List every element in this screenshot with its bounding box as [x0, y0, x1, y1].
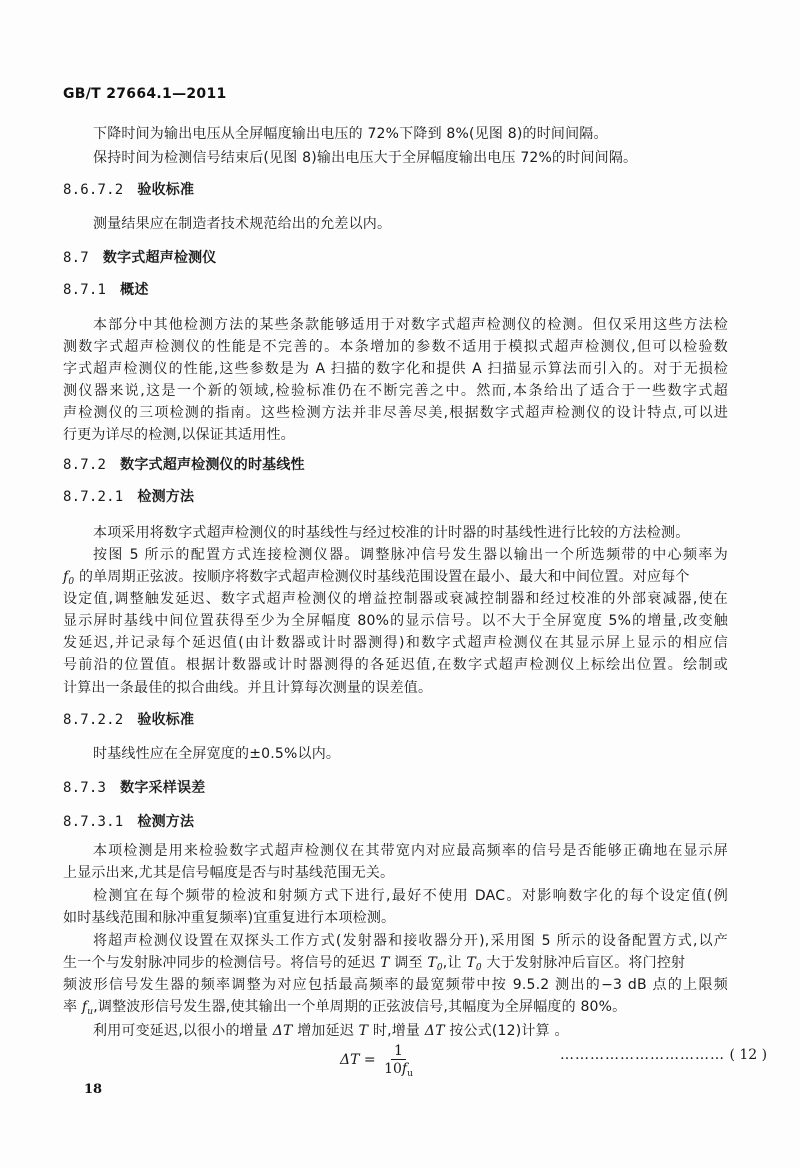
- section-number: 8.7.2: [63, 457, 106, 473]
- formula-equals: =: [359, 1052, 380, 1068]
- formula-numerator: 1: [391, 1043, 406, 1060]
- section-title: 检测方法: [137, 489, 194, 505]
- section-heading-8-7-3-1: 8.7.3.1检测方法: [63, 811, 728, 833]
- paragraph-line: 本项采用将数字式超声检测仪的时基线性与经过校准的计时器的时基线性进行比较的方法检…: [93, 522, 728, 544]
- section-heading-8-7-2-1: 8.7.2.1检测方法: [63, 486, 728, 508]
- paragraph-line: 利用可变延迟,以很小的增量 ΔT 增加延迟 T 时,增量 ΔT 按公式(12)计…: [93, 1020, 728, 1042]
- section-number: 8.7.3.1: [63, 814, 123, 830]
- line-text: ,调整波形信号发生器,使其输出一个单周期的正弦波信号,其幅度为全屏幅度的 80%…: [93, 999, 626, 1015]
- symbol-f0: f0: [63, 569, 74, 585]
- section-heading-8-7: 8.7数字式超声检测仪: [63, 247, 728, 269]
- section-heading-8-6-7-2: 8.6.7.2验收标准: [63, 179, 728, 201]
- line-text: 生一个与发射脉冲同步的检测信号。将信号的延迟: [63, 955, 380, 971]
- document-page: GB/T 27664.1—2011 下降时间为输出电压从全屏幅度输出电压的 72…: [0, 0, 800, 1168]
- line-text: 利用可变延迟,以很小的增量: [93, 1023, 273, 1039]
- paragraph-line: 时基线性应在全屏宽度的±0.5%以内。: [93, 743, 728, 765]
- paragraph-line: 测量结果应在制造者技术规范给出的允差以内。: [93, 213, 728, 235]
- section-heading-8-7-3: 8.7.3数字采样误差: [63, 777, 728, 799]
- paragraph-line: 测数字式超声检测仪的性能是不完善的。本条增加的参数不适用于模拟式超声检测仪,但可…: [63, 336, 728, 358]
- paragraph-line: 本项检测是用来检验数字式超声检测仪在其带宽内对应最高频率的信号是否能够正确地在显…: [93, 840, 728, 862]
- section-number: 8.7.2.2: [63, 712, 123, 728]
- paragraph-line: 如时基线范围和脉冲重复频率)宜重复进行本项检测。: [63, 907, 728, 929]
- symbol-T0: T0: [466, 955, 481, 971]
- symbol-delta-T: ΔT: [273, 1023, 293, 1039]
- line-text: 率: [63, 999, 82, 1015]
- paragraph-line: 本部分中其他检测方法的某些条款能够适用于对数字式超声检测仪的检测。但仅采用这些方…: [93, 314, 728, 336]
- line-text: ,让: [443, 955, 467, 971]
- section-heading-8-7-2: 8.7.2数字式超声检测仪的时基线性: [63, 454, 728, 476]
- section-heading-8-7-2-2: 8.7.2.2验收标准: [63, 709, 728, 731]
- section-title: 验收标准: [137, 712, 194, 728]
- paragraph-line: 行更为详尽的检测,以保证其适用性。: [63, 424, 728, 446]
- section-number: 8.6.7.2: [63, 182, 123, 198]
- section-title: 数字式超声检测仪: [103, 250, 217, 266]
- paragraph-line: 号前沿的位置值。根据计数器或计时器测得的各延迟值,在数字式超声检测仪上标绘出位置…: [63, 654, 728, 676]
- line-text: 增加延迟: [293, 1023, 359, 1039]
- section-title: 数字采样误差: [120, 780, 205, 796]
- paragraph-line: 字式超声检测仪的性能,这些参数是为 A 扫描的数字化和提供 A 扫描显示算法而引…: [63, 358, 728, 380]
- section-title: 检测方法: [137, 814, 194, 830]
- paragraph-line: 频波形信号发生器的频率调整为对应包括最高频率的最宽频带中按 9.5.2 测出的−…: [63, 974, 728, 996]
- paragraph-line: 率 fu,调整波形信号发生器,使其输出一个单周期的正弦波信号,其幅度为全屏幅度的…: [63, 996, 728, 1018]
- paragraph-line: 声检测仪的三项检测的指南。这些检测方法并非尽善尽美,根据数字式超声检测仪的设计特…: [63, 402, 728, 424]
- paragraph-line: 将超声检测仪设置在双探头工作方式(发射器和接收器分开),采用图 5 所示的设备配…: [93, 930, 728, 952]
- paragraph-line: 按图 5 所示的配置方式连接检测仪器。调整脉冲信号发生器以输出一个所选频带的中心…: [93, 544, 728, 566]
- page-number: 18: [84, 1082, 102, 1097]
- line-text: 大于发射脉冲后盲区。将门控射: [482, 955, 685, 971]
- symbol-T: T: [359, 1023, 369, 1039]
- leader-dots: ……………………………: [560, 1047, 725, 1063]
- section-number: 8.7.1: [63, 282, 106, 298]
- symbol-T: T: [380, 955, 390, 971]
- section-title: 验收标准: [137, 182, 194, 198]
- symbol-fu: fu: [82, 999, 93, 1015]
- formula-denominator: 10fu: [384, 1060, 413, 1078]
- paragraph-line: 显示屏时基线中间位置获得至少为全屏幅度 80%的显示信号。以不大于全屏宽度 5%…: [63, 610, 728, 632]
- line-text: 时,增量: [368, 1023, 425, 1039]
- paragraph-line: 设定值,调整触发延迟、数字式超声检测仪的增益控制器或衰减控制器和经过校准的外部衰…: [63, 588, 728, 610]
- section-title: 数字式超声检测仪的时基线性: [120, 457, 305, 473]
- section-title: 概述: [120, 282, 148, 298]
- section-number: 8.7.3: [63, 780, 106, 796]
- standard-code-header: GB/T 27664.1—2011: [63, 86, 227, 102]
- paragraph-line: 测仪器来说,这是一个新的领域,检验标准仍在不断完善之中。然而,本条给出了适合于一…: [63, 380, 728, 402]
- formula-12: ΔT = 1 10fu: [340, 1040, 413, 1080]
- paragraph-line: 生一个与发射脉冲同步的检测信号。将信号的延迟 T 调至 T0,让 T0 大于发射…: [63, 952, 728, 974]
- formula-lhs: ΔT: [340, 1052, 359, 1068]
- paragraph-line: 上显示出来,尤其是信号幅度是否与时基线范围无关。: [63, 862, 728, 884]
- formula-fraction: 1 10fu: [384, 1043, 413, 1078]
- paragraph-line: 计算出一条最佳的拟合曲线。并且计算每次测量的误差值。: [63, 677, 728, 699]
- line-text: 按公式(12)计算 。: [445, 1023, 569, 1039]
- symbol-delta-T: ΔT: [425, 1023, 445, 1039]
- paragraph-line: 发延迟,并记录每个延迟值(由计数器或计时器测得)和数字式超声检测仪在其显示屏上显…: [63, 632, 728, 654]
- symbol-T0: T0: [427, 955, 442, 971]
- paragraph-line: 保持时间为检测信号结束后(见图 8)输出电压大于全屏幅度输出电压 72%的时间间…: [93, 147, 728, 169]
- equation-label: ( 12 ): [729, 1047, 767, 1063]
- section-number: 8.7: [63, 250, 89, 266]
- paragraph-line: 下降时间为输出电压从全屏幅度输出电压的 72%下降到 8%(见图 8)的时间间隔…: [93, 123, 728, 145]
- paragraph-line: 检测宜在每个频带的检波和射频方式下进行,最好不使用 DAC。对影响数字化的每个设…: [93, 885, 728, 907]
- line-text: 调至: [390, 955, 428, 971]
- section-number: 8.7.2.1: [63, 489, 123, 505]
- equation-number: …………………………… ( 12 ): [560, 1047, 767, 1063]
- paragraph-line: f0 的单周期正弦波。按顺序将数字式超声检测仪时基线范围设置在最小、最大和中间位…: [63, 566, 728, 588]
- section-heading-8-7-1: 8.7.1概述: [63, 279, 728, 301]
- line-text: 的单周期正弦波。按顺序将数字式超声检测仪时基线范围设置在最小、最大和中间位置。对…: [79, 569, 690, 585]
